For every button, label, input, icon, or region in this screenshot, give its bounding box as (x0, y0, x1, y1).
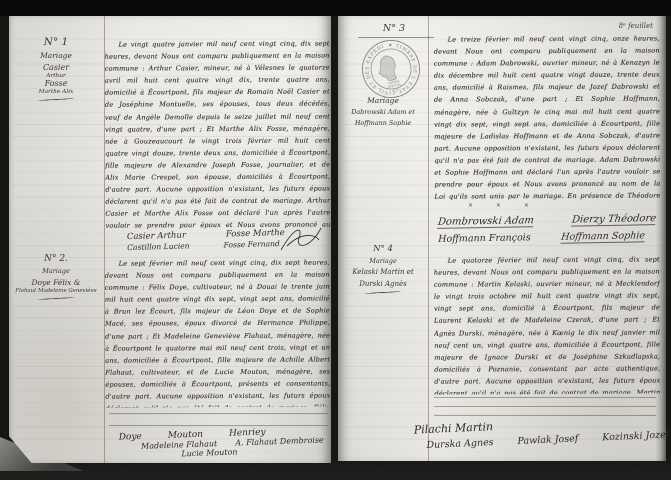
signature: Hoffmann Sophie (560, 230, 645, 243)
flourish-underline (38, 297, 74, 300)
flourish-underline (365, 291, 401, 294)
signature: Castillon Lucien (127, 241, 190, 252)
record-4-body: Le quatorze février mil neuf cent vingt … (434, 253, 661, 394)
record-type: Mariage (340, 257, 426, 265)
party-name: Dabrowski Adam et (340, 108, 426, 116)
record-2-signatures: Doye Mouton Henriey Madeleine Flahaut A.… (119, 425, 325, 460)
party-name: Doye Félix & (15, 278, 97, 287)
record-1-body: Le vingt quatre janvier mil neuf cent vi… (104, 37, 330, 234)
signature: Kozinski Jozef (602, 429, 670, 443)
seal-denomination: 3 F (392, 88, 400, 94)
signature: Dierzy Théodore (571, 213, 657, 226)
signature: Doye (119, 432, 142, 443)
signature: Durska Agnes (426, 437, 494, 451)
record-type: Mariage (15, 267, 97, 275)
record-number: N° 4 (340, 244, 426, 254)
record-type: Mariage (15, 51, 97, 60)
party-name: Fosse (15, 79, 97, 88)
record-1-signatures: Casier Arthur Fosse Marthe Castillon Luc… (127, 228, 285, 252)
margin-note-record-2: N° 2. Mariage Doye Félix & Flahaut Madel… (15, 254, 97, 299)
signature: Dombrowski Adam (437, 215, 534, 229)
record-4-signatures: Pilachi Martin Durska Agnes Pawlak Josef… (414, 412, 670, 451)
signature: Pawlak Josef (517, 433, 578, 447)
party-name: Hoffmann Sophie (340, 119, 426, 127)
signature: Pilachi Martin (414, 420, 494, 436)
signature-flourish-icon (277, 224, 323, 254)
party-name: Durski Agnès (340, 280, 426, 288)
marianne-profile-icon (376, 54, 399, 82)
party-name: Kelaski Martin et (340, 268, 426, 276)
record-3-body: Le treize février mil neuf cent vingt ci… (434, 32, 661, 201)
ruled-blank-line (434, 397, 656, 398)
folio-label: 8ᵉ feuillet (619, 22, 653, 30)
margin-note-record-4: N° 4 Mariage Kelaski Martin et Durski Ag… (340, 244, 426, 293)
margin-note-record-1: N° 1 Mariage Casier Arthur Fosse Marthe … (15, 36, 97, 100)
margin-note-record-3: Mariage Dabrowski Adam et Hoffmann Sophi… (340, 96, 426, 127)
right-page: 8ᵉ feuillet N° 3 ★ TIMBRE DE L'ÉTAT CIVI… (338, 16, 666, 461)
separator-marks: × × × (468, 202, 529, 209)
official-seal-icon: ★ TIMBRE DE L'ÉTAT CIVIL ET DES EXPÉDITI… (354, 32, 428, 106)
party-name: Flahaut Madeleine Geneviève (15, 288, 97, 294)
signature: Lucie Mouton (181, 447, 237, 458)
record-number: N° 1 (15, 36, 97, 48)
signature: Fosse Fernand (223, 239, 279, 249)
signature: Fosse Marthe (226, 228, 285, 240)
signature: Casier Arthur (127, 231, 186, 243)
right-margin-rule (428, 16, 429, 461)
ruled-blank-line (434, 406, 656, 407)
record-2-body: Le sept février mil neuf cent vingt cinq… (105, 256, 331, 407)
ruled-blank-line (109, 413, 328, 414)
record-3-signatures: Dombrowski Adam Dierzy Théodore Hoffmann… (438, 213, 657, 246)
scanned-register-spread: N° 1 Mariage Casier Arthur Fosse Marthe … (0, 0, 671, 480)
flourish-underline (38, 98, 74, 101)
left-page: N° 1 Mariage Casier Arthur Fosse Marthe … (9, 16, 331, 463)
party-name-sub: Marthe Alix (15, 89, 97, 95)
signature: Hoffmann François (438, 232, 531, 245)
record-number: N° 2. (15, 254, 97, 264)
party-name: Casier (15, 63, 97, 72)
record-type: Mariage (340, 96, 426, 105)
